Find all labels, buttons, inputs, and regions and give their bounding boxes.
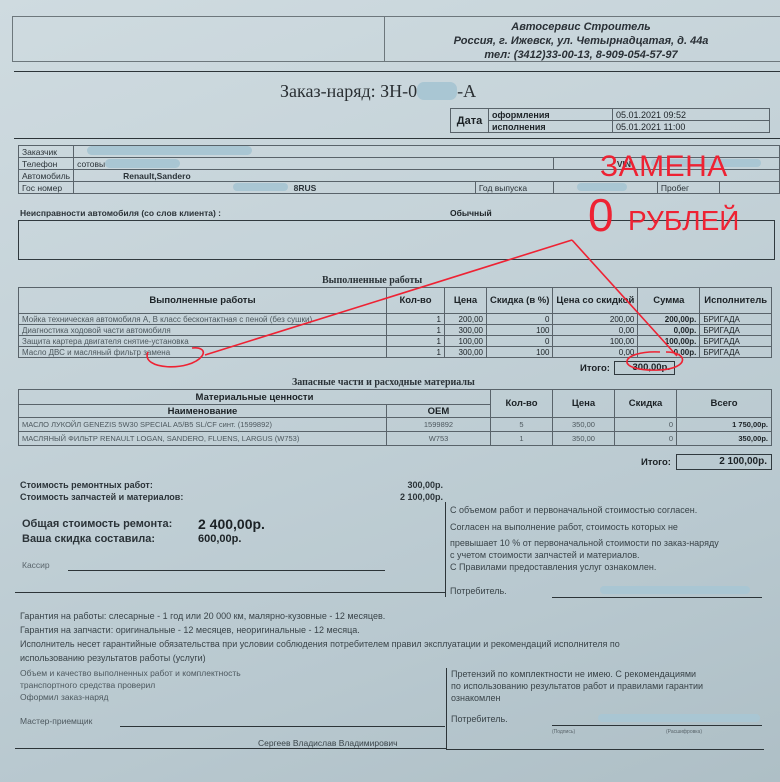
annotation-arrows xyxy=(0,0,780,782)
